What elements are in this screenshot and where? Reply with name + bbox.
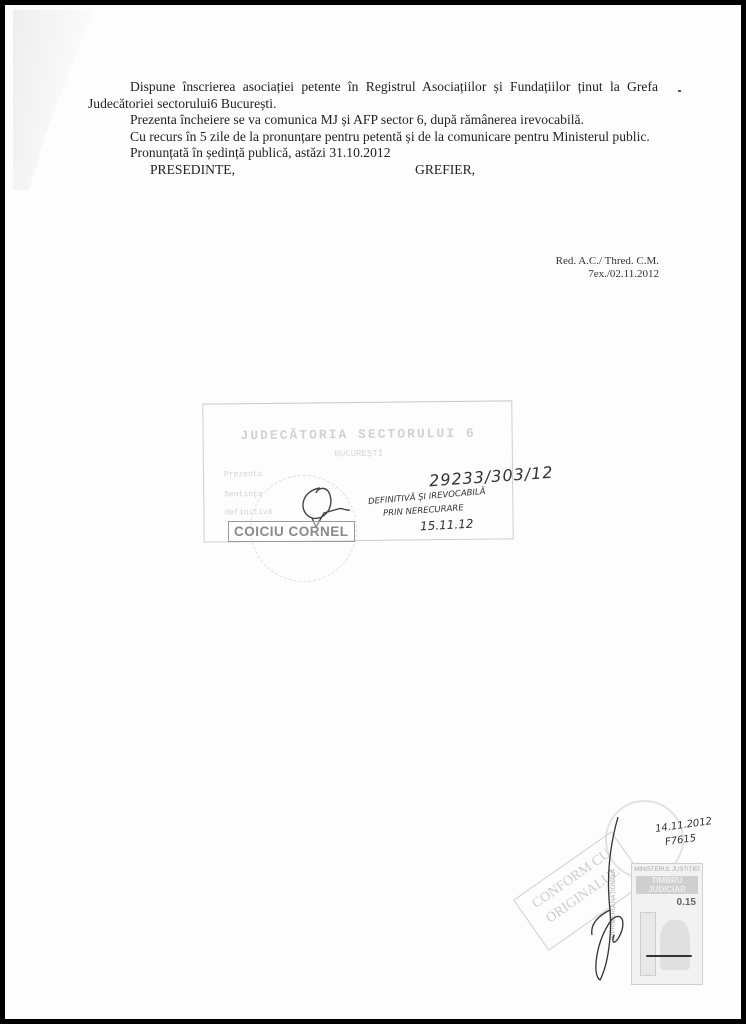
paragraph-appeal: Cu recurs în 5 zile de la pronunțare pen… (88, 129, 658, 146)
judge-name-stamp: COICIU CORNEL (228, 521, 355, 542)
tax-stamp-title-line: JUDICIAR (636, 885, 698, 894)
column-icon (640, 912, 656, 976)
pen-stroke (646, 955, 692, 957)
tax-stamp-title-line: TIMBRU (636, 876, 698, 885)
tax-stamp-issuer: MINISTERUL JUSTIȚIEI (632, 864, 702, 873)
reference-block: Red. A.C./ Thred. C.M. 7ex./02.11.2012 (556, 255, 659, 281)
court-stamp-row: Prezenta (224, 470, 262, 479)
scan-speck (678, 90, 681, 92)
court-stamp-subtitle: BUCUREȘTI (304, 448, 414, 459)
paragraph-pronounced: Pronunțată în ședință publică, astăzi 31… (88, 145, 658, 162)
tax-stamp-value: 0.15 (677, 897, 696, 908)
scanned-page: Dispune înscrierea asociației petente în… (5, 5, 741, 1019)
signature-line: PRESEDINTE, GREFIER, (88, 162, 658, 179)
president-label: PRESEDINTE, (150, 162, 235, 179)
reference-copies-date: 7ex./02.11.2012 (556, 268, 659, 281)
clerk-label: GREFIER, (415, 162, 475, 179)
paragraph-registration: Dispune înscrierea asociației petente în… (88, 79, 658, 112)
tax-stamp-title: TIMBRU JUDICIAR (636, 876, 698, 894)
scan-artifact (13, 10, 93, 190)
paragraph-communication: Prezenta încheiere se va comunica MJ și … (88, 112, 658, 129)
justice-figure-icon (660, 920, 690, 970)
reference-editor: Red. A.C./ Thred. C.M. (556, 255, 659, 268)
court-stamp-title: JUDECĂTORIA SECTORULUI 6 (216, 426, 501, 444)
decision-text: Dispune înscrierea asociației petente în… (88, 79, 658, 179)
certifier-signature (570, 815, 640, 990)
court-stamp-row: Sentința (224, 490, 262, 499)
handwritten-date: 15.11.12 (420, 517, 474, 534)
judicial-tax-stamp: MINISTERUL JUSTIȚIEI TIMBRU JUDICIAR 0.1… (631, 863, 703, 985)
